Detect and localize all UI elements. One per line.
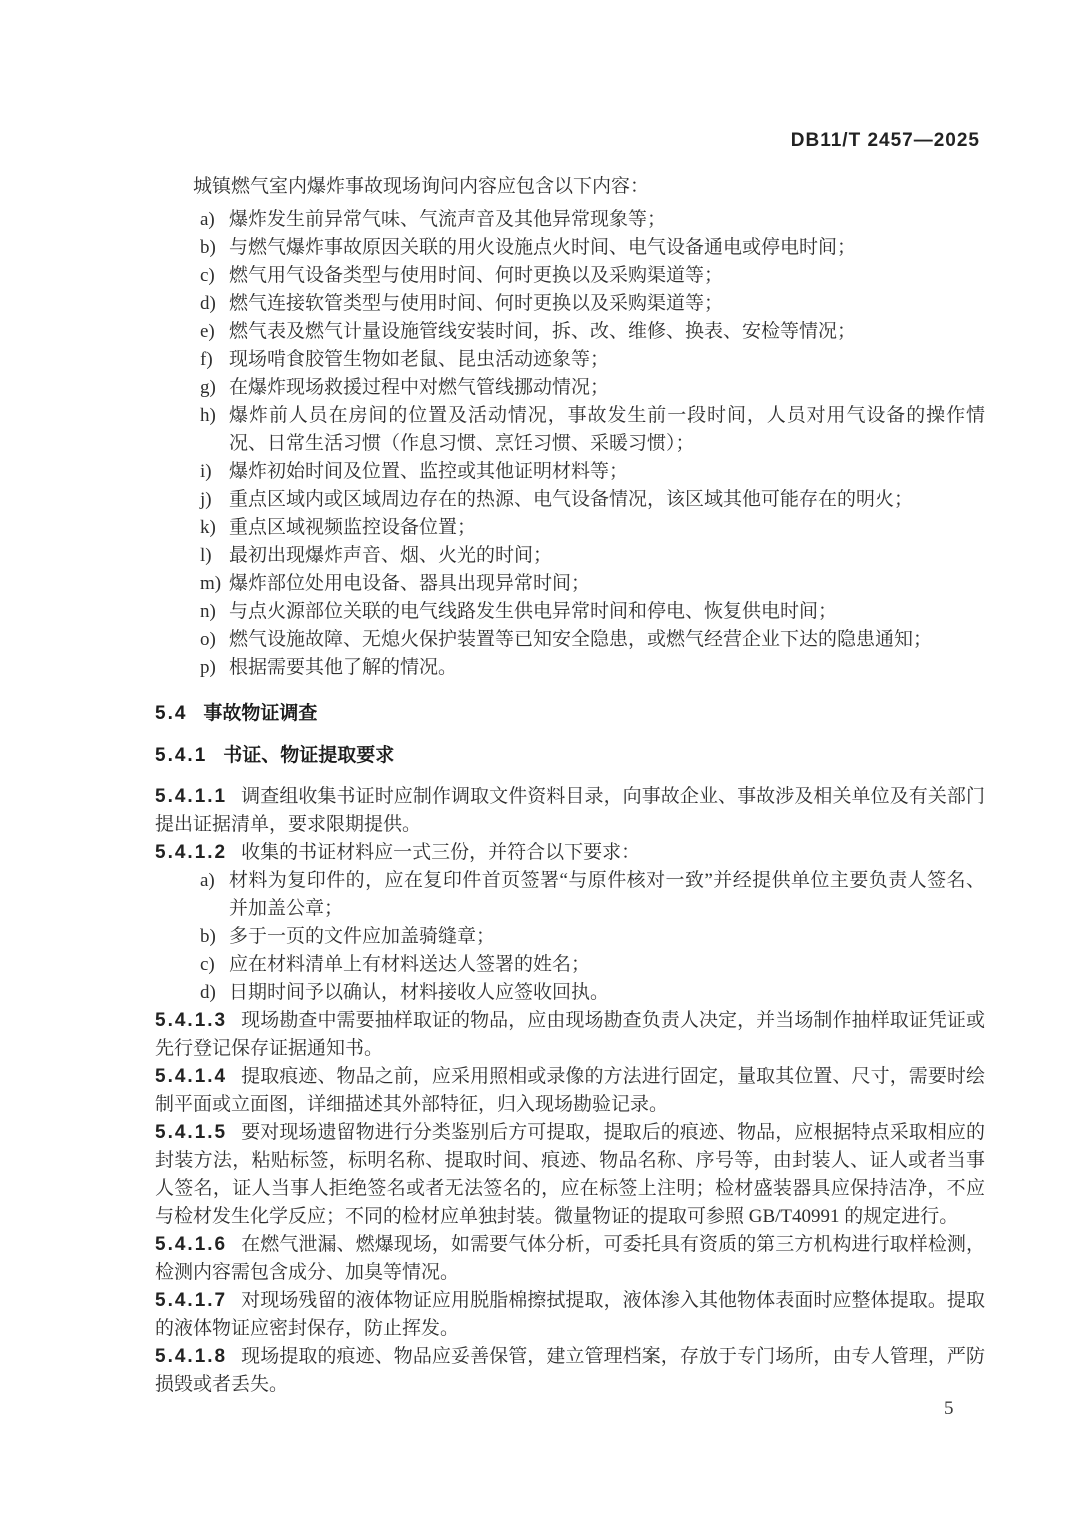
item-text: 燃气连接软管类型与使用时间、何时更换以及采购渠道等； [229, 293, 723, 314]
page-number: 5 [944, 1398, 954, 1420]
clause-5-4-1-1: 5.4.1.1调查组收集书证时应制作调取文件资料目录，向事故企业、事故涉及相关单… [155, 783, 985, 839]
clause-number: 5.4.1.6 [155, 1234, 227, 1255]
item-label: p) [200, 654, 216, 682]
inquiry-content-list: a)爆炸发生前异常气味、气流声音及其他异常现象等； b)与燃气爆炸事故原因关联的… [155, 206, 985, 682]
list-item: p)根据需要其他了解的情况。 [155, 654, 985, 682]
page-content: 城镇燃气室内爆炸事故现场询问内容应包含以下内容： a)爆炸发生前异常气味、气流声… [155, 173, 985, 1399]
item-label: e) [200, 318, 215, 346]
section-title: 书证、物证提取要求 [223, 745, 394, 766]
list-item: a)材料为复印件的，应在复印件首页签署“与原件核对一致”并经提供单位主要负责人签… [155, 867, 985, 923]
item-label: k) [200, 514, 216, 542]
list-item: d)日期时间予以确认，材料接收人应签收回执。 [155, 979, 985, 1007]
clause-5-4-1-7: 5.4.1.7对现场残留的液体物证应用脱脂棉擦拭提取，液体渗入其他物体表面时应整… [155, 1287, 985, 1343]
list-item: h)爆炸前人员在房间的位置及活动情况，事故发生前一段时间，人员对用气设备的操作情… [155, 402, 985, 458]
list-item: e)燃气表及燃气计量设施管线安装时间，拆、改、维修、换表、安检等情况； [155, 318, 985, 346]
clause-number: 5.4.1.5 [155, 1122, 227, 1143]
clause-text: 提取痕迹、物品之前，应采用照相或录像的方法进行固定，量取其位置、尺寸，需要时绘制… [155, 1066, 985, 1115]
item-label: c) [200, 262, 215, 290]
clause-5-4-1-4: 5.4.1.4提取痕迹、物品之前，应采用照相或录像的方法进行固定，量取其位置、尺… [155, 1063, 985, 1119]
clause-number: 5.4.1.1 [155, 786, 227, 807]
item-label: g) [200, 374, 216, 402]
item-text: 燃气用气设备类型与使用时间、何时更换以及采购渠道等； [229, 265, 723, 286]
section-number: 5.4 [155, 703, 187, 724]
clause-5-4-1-6: 5.4.1.6在燃气泄漏、燃爆现场，如需要气体分析，可委托具有资质的第三方机构进… [155, 1231, 985, 1287]
clause-text: 对现场残留的液体物证应用脱脂棉擦拭提取，液体渗入其他物体表面时应整体提取。提取的… [155, 1290, 985, 1339]
clause-text: 现场勘查中需要抽样取证的物品，应由现场勘查负责人决定，并当场制作抽样取证凭证或先… [155, 1010, 985, 1059]
item-text: 爆炸前人员在房间的位置及活动情况，事故发生前一段时间，人员对用气设备的操作情况、… [229, 405, 985, 454]
item-text: 燃气设施故障、无熄火保护装置等已知安全隐患，或燃气经营企业下达的隐患通知； [229, 629, 932, 650]
list-item: c)燃气用气设备类型与使用时间、何时更换以及采购渠道等； [155, 262, 985, 290]
item-label: h) [200, 402, 216, 430]
item-text: 重点区域视频监控设备位置； [229, 517, 476, 538]
document-code-header: DB11/T 2457—2025 [791, 130, 980, 152]
clause-block: 5.4.1.1调查组收集书证时应制作调取文件资料目录，向事故企业、事故涉及相关单… [155, 783, 985, 1399]
section-heading-5-4: 5.4事故物证调查 [155, 699, 985, 729]
item-text: 燃气表及燃气计量设施管线安装时间，拆、改、维修、换表、安检等情况； [229, 321, 856, 342]
requirement-list: a)材料为复印件的，应在复印件首页签署“与原件核对一致”并经提供单位主要负责人签… [155, 867, 985, 1007]
item-label: l) [200, 542, 212, 570]
item-label: b) [200, 923, 216, 951]
section-number: 5.4.1 [155, 745, 207, 766]
list-item: c)应在材料清单上有材料送达人签署的姓名； [155, 951, 985, 979]
section-heading-5-4-1: 5.4.1书证、物证提取要求 [155, 741, 985, 771]
list-item: k)重点区域视频监控设备位置； [155, 514, 985, 542]
clause-text: 要对现场遗留物进行分类鉴别后方可提取，提取后的痕迹、物品，应根据特点采取相应的封… [155, 1122, 985, 1227]
item-label: a) [200, 206, 215, 234]
clause-number: 5.4.1.8 [155, 1346, 227, 1367]
clause-text: 在燃气泄漏、燃爆现场，如需要气体分析，可委托具有资质的第三方机构进行取样检测，检… [155, 1234, 985, 1283]
section-title: 事故物证调查 [203, 703, 317, 724]
item-text: 材料为复印件的，应在复印件首页签署“与原件核对一致”并经提供单位主要负责人签名、… [229, 870, 985, 919]
item-text: 多于一页的文件应加盖骑缝章； [229, 926, 495, 947]
list-item: d)燃气连接软管类型与使用时间、何时更换以及采购渠道等； [155, 290, 985, 318]
clause-number: 5.4.1.7 [155, 1290, 227, 1311]
clause-text: 调查组收集书证时应制作调取文件资料目录，向事故企业、事故涉及相关单位及有关部门提… [155, 786, 985, 835]
item-label: m) [200, 570, 221, 598]
list-item: j)重点区域内或区域周边存在的热源、电气设备情况，该区域其他可能存在的明火； [155, 486, 985, 514]
clause-5-4-1-2: 5.4.1.2收集的书证材料应一式三份，并符合以下要求： [155, 839, 985, 867]
item-label: n) [200, 598, 216, 626]
list-item: n)与点火源部位关联的电气线路发生供电异常时间和停电、恢复供电时间； [155, 598, 985, 626]
clause-text: 收集的书证材料应一式三份，并符合以下要求： [241, 842, 640, 863]
item-text: 根据需要其他了解的情况。 [229, 657, 457, 678]
item-label: a) [200, 867, 215, 895]
list-item: o)燃气设施故障、无熄火保护装置等已知安全隐患，或燃气经营企业下达的隐患通知； [155, 626, 985, 654]
intro-paragraph: 城镇燃气室内爆炸事故现场询问内容应包含以下内容： [155, 173, 985, 201]
item-label: j) [200, 486, 212, 514]
item-text: 爆炸初始时间及位置、监控或其他证明材料等； [229, 461, 628, 482]
clause-text: 现场提取的痕迹、物品应妥善保管，建立管理档案，存放于专门场所，由专人管理，严防损… [155, 1346, 985, 1395]
item-label: i) [200, 458, 212, 486]
item-text: 与燃气爆炸事故原因关联的用火设施点火时间、电气设备通电或停电时间； [229, 237, 856, 258]
list-item: b)多于一页的文件应加盖骑缝章； [155, 923, 985, 951]
item-text: 最初出现爆炸声音、烟、火光的时间； [229, 545, 552, 566]
item-text: 应在材料清单上有材料送达人签署的姓名； [229, 954, 590, 975]
item-text: 现场啃食胶管生物如老鼠、昆虫活动迹象等； [229, 349, 609, 370]
clause-number: 5.4.1.3 [155, 1010, 227, 1031]
item-text: 重点区域内或区域周边存在的热源、电气设备情况，该区域其他可能存在的明火； [229, 489, 913, 510]
clause-5-4-1-8: 5.4.1.8现场提取的痕迹、物品应妥善保管，建立管理档案，存放于专门场所，由专… [155, 1343, 985, 1399]
document-page: DB11/T 2457—2025 城镇燃气室内爆炸事故现场询问内容应包含以下内容… [0, 0, 1080, 1527]
clause-number: 5.4.1.2 [155, 842, 227, 863]
clause-5-4-1-3: 5.4.1.3现场勘查中需要抽样取证的物品，应由现场勘查负责人决定，并当场制作抽… [155, 1007, 985, 1063]
item-label: o) [200, 626, 216, 654]
list-item: f)现场啃食胶管生物如老鼠、昆虫活动迹象等； [155, 346, 985, 374]
clause-5-4-1-5: 5.4.1.5要对现场遗留物进行分类鉴别后方可提取，提取后的痕迹、物品，应根据特… [155, 1119, 985, 1231]
item-text: 爆炸发生前异常气味、气流声音及其他异常现象等； [229, 209, 666, 230]
list-item: a)爆炸发生前异常气味、气流声音及其他异常现象等； [155, 206, 985, 234]
item-label: d) [200, 290, 216, 318]
item-text: 在爆炸现场救援过程中对燃气管线挪动情况； [229, 377, 609, 398]
item-text: 日期时间予以确认，材料接收人应签收回执。 [229, 982, 609, 1003]
item-label: b) [200, 234, 216, 262]
item-text: 与点火源部位关联的电气线路发生供电异常时间和停电、恢复供电时间； [229, 601, 837, 622]
list-item: g)在爆炸现场救援过程中对燃气管线挪动情况； [155, 374, 985, 402]
item-text: 爆炸部位处用电设备、器具出现异常时间； [229, 573, 590, 594]
item-label: f) [200, 346, 213, 374]
list-item: b)与燃气爆炸事故原因关联的用火设施点火时间、电气设备通电或停电时间； [155, 234, 985, 262]
item-label: c) [200, 951, 215, 979]
item-label: d) [200, 979, 216, 1007]
list-item: l)最初出现爆炸声音、烟、火光的时间； [155, 542, 985, 570]
clause-number: 5.4.1.4 [155, 1066, 227, 1087]
list-item: i)爆炸初始时间及位置、监控或其他证明材料等； [155, 458, 985, 486]
list-item: m)爆炸部位处用电设备、器具出现异常时间； [155, 570, 985, 598]
